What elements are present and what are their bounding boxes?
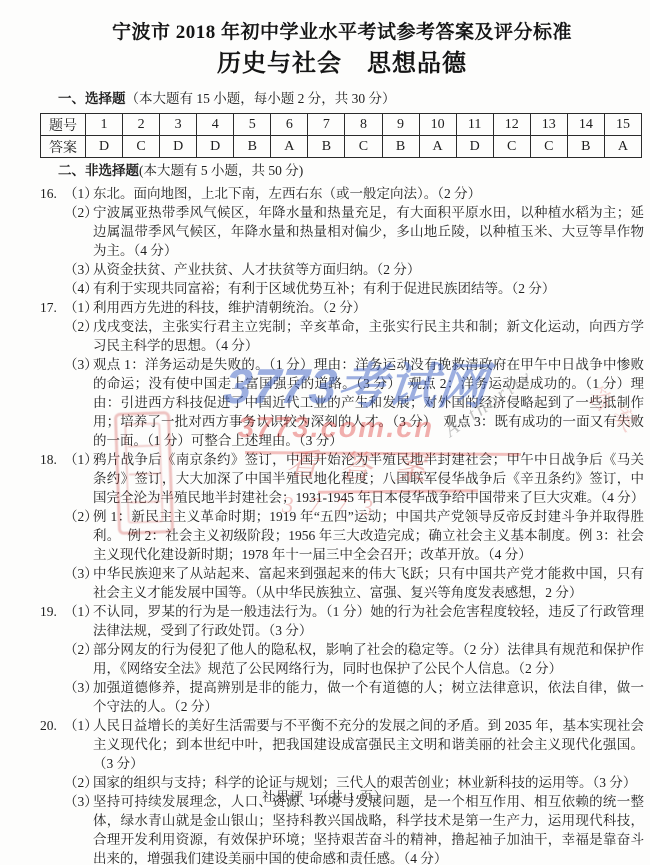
question-number-cell: 3 [160,114,197,136]
part-label: （1） [64,298,98,317]
page-title: 宁波市 2018 年初中学业水平考试参考答案及评分标准 [40,20,644,46]
part-text: 利用西方先进的科技，维护清朝统治。（2 分） [93,300,366,315]
part-text: 不认同，罗某的行为是一般违法行为。（1 分）她的行为社会危害程度较轻，违反了行政… [93,604,644,638]
section-choice-label: 一、选择题 [58,91,126,106]
part-label: （1） [64,716,98,735]
part-text: 从资金扶贫、产业扶贫、人才扶贫等方面归纳。（2 分） [93,262,420,277]
answer-cell: C [123,136,160,158]
question-number-cell: 7 [308,114,345,136]
row-header-answer: 答案 [41,136,86,158]
part-label: （1） [64,602,98,621]
table-row-question-numbers: 题号 1 2 3 4 5 6 7 8 9 10 11 12 13 14 15 [41,114,642,136]
section-nonchoice-note: (本大题有 5 小题，共 50 分) [139,163,303,178]
exam-answer-key-page: 宁波市 2018 年初中学业水平考试参考答案及评分标准 历史与社会 思想品德 一… [0,0,650,865]
answer-part: （1）东北。面向地图，上北下南，左西右东（或一般定向法）。（2 分） [64,184,644,203]
question-number-cell: 5 [234,114,271,136]
answer-cell: D [456,136,493,158]
answer-cell: A [271,136,308,158]
table-row-answers: 答案 D C D D B A B C B A D C C B A [41,136,642,158]
part-label: （2） [64,203,98,222]
section-heading-nonchoice: 二、非选择题(本大题有 5 小题，共 50 分) [58,161,644,180]
answer-cell: A [604,136,641,158]
question-number: 18. [40,450,57,469]
part-label: （3） [64,678,98,697]
question-number-cell: 12 [493,114,530,136]
answer-cell: B [382,136,419,158]
answer-part: （1）鸦片战争后《南京条约》签订，中国开始沦为半殖民地半封建社会；甲午中日战争后… [64,450,644,507]
answer-part: （3）观点 1：洋务运动是失败的。（1 分）理由：洋务运动没有挽救清政府在甲午中… [64,355,644,450]
answer-part: （2）宁波属亚热带季风气候区，年降水量和热量充足，有大面积平原水田，以种植水稻为… [64,203,644,260]
page-subtitle: 历史与社会 思想品德 [40,48,644,80]
question-number-cell: 6 [271,114,308,136]
answer-part: （3）中华民族迎来了从站起来、富起来到强起来的伟大飞跃；只有中国共产党才能救中国… [64,564,644,602]
question-number-cell: 9 [382,114,419,136]
row-header-question-number: 题号 [41,114,86,136]
answer-cell: C [345,136,382,158]
question-number-cell: 1 [86,114,123,136]
question-number: 16. [40,184,57,203]
question-17: 17. （1）利用西方先进的科技，维护清朝统治。（2 分） （2）戊戌变法，主张… [40,298,644,450]
part-text: 有利于实现共同富裕；有利于区域优势互补；有利于促进民族团结等。（2 分） [93,281,555,296]
question-18: 18. （1）鸦片战争后《南京条约》签订，中国开始沦为半殖民地半封建社会；甲午中… [40,450,644,602]
question-number-cell: 15 [604,114,641,136]
answer-part: （1）人民日益增长的美好生活需要与不平衡不充分的发展之间的矛盾。到 2035 年… [64,716,644,773]
answer-part: （4）有利于实现共同富裕；有利于区域优势互补；有利于促进民族团结等。（2 分） [64,279,644,298]
part-label: （2） [64,507,98,526]
part-label: （3） [64,564,98,583]
part-text: 例 1：新民主主义革命时期；1919 年“五四”运动；中国共产党领导反帝反封建斗… [93,509,644,562]
answer-cell: D [197,136,234,158]
part-text: 加强道德修养，提高辨别是非的能力，做一个有道德的人；树立法律意识，依法自律，做一… [93,680,644,714]
question-16: 16. （1）东北。面向地图，上北下南，左西右东（或一般定向法）。（2 分） （… [40,184,644,298]
question-number-cell: 8 [345,114,382,136]
part-label: （2） [64,640,98,659]
question-number-cell: 4 [197,114,234,136]
part-text: 观点 1：洋务运动是失败的。（1 分）理由：洋务运动没有挽救清政府在甲午中日战争… [93,357,644,448]
answer-cell: A [419,136,456,158]
part-label: （2） [64,317,98,336]
question-number-cell: 11 [456,114,493,136]
answer-part: （2）例 1：新民主主义革命时期；1919 年“五四”运动；中国共产党领导反帝反… [64,507,644,564]
page-footer: 社思评 1（共 1 页） [0,786,650,805]
answer-cell: B [234,136,271,158]
answer-cell: B [308,136,345,158]
question-list: 16. （1）东北。面向地图，上北下南，左西右东（或一般定向法）。（2 分） （… [40,184,644,865]
section-heading-choice: 一、选择题（本大题有 15 小题，每小题 2 分，共 30 分） [58,89,644,108]
page-content: 宁波市 2018 年初中学业水平考试参考答案及评分标准 历史与社会 思想品德 一… [0,0,650,865]
part-text: 戊戌变法，主张实行君主立宪制；辛亥革命，主张实行民主共和制；新文化运动，向西方学… [93,319,644,353]
part-text: 部分网友的行为侵犯了他人的隐私权，影响了社会的稳定等。（2 分）法律具有规范和保… [93,642,644,676]
part-text: 人民日益增长的美好生活需要与不平衡不充分的发展之间的矛盾。到 2035 年，基本… [93,718,644,771]
answer-part: （1）不认同，罗某的行为是一般违法行为。（1 分）她的行为社会危害程度较轻，违反… [64,602,644,640]
answer-part: （2）戊戌变法，主张实行君主立宪制；辛亥革命，主张实行民主共和制；新文化运动，向… [64,317,644,355]
question-number: 17. [40,298,57,317]
part-label: （1） [64,184,98,203]
answer-cell: D [160,136,197,158]
answer-part: （2）部分网友的行为侵犯了他人的隐私权，影响了社会的稳定等。（2 分）法律具有规… [64,640,644,678]
question-number: 19. [40,602,57,621]
answer-part: （3）加强道德修养，提高辨别是非的能力，做一个有道德的人；树立法律意识，依法自律… [64,678,644,716]
part-text: 东北。面向地图，上北下南，左西右东（或一般定向法）。（2 分） [93,186,481,201]
part-label: （3） [64,260,98,279]
question-number-cell: 13 [530,114,567,136]
answer-part: （3）从资金扶贫、产业扶贫、人才扶贫等方面归纳。（2 分） [64,260,644,279]
part-label: （3） [64,355,98,374]
answer-part: （1）利用西方先进的科技，维护清朝统治。（2 分） [64,298,644,317]
answer-cell: C [530,136,567,158]
answer-cell: C [493,136,530,158]
answer-table: 题号 1 2 3 4 5 6 7 8 9 10 11 12 13 14 15 答… [40,113,642,158]
question-number-cell: 10 [419,114,456,136]
question-number: 20. [40,716,57,735]
part-text: 鸦片战争后《南京条约》签订，中国开始沦为半殖民地半封建社会；甲午中日战争后《马关… [93,452,644,505]
part-text: 中华民族迎来了从站起来、富起来到强起来的伟大飞跃；只有中国共产党才能救中国，只有… [93,566,644,600]
section-nonchoice-label: 二、非选择题 [58,163,139,178]
part-label: （1） [64,450,98,469]
question-number-cell: 14 [567,114,604,136]
part-text: 宁波属亚热带季风气候区，年降水量和热量充足，有大面积平原水田，以种植水稻为主；延… [93,205,644,258]
question-number-cell: 2 [123,114,160,136]
part-label: （4） [64,279,98,298]
question-19: 19. （1）不认同，罗某的行为是一般违法行为。（1 分）她的行为社会危害程度较… [40,602,644,716]
section-choice-note: （本大题有 15 小题，每小题 2 分，共 30 分） [126,91,396,106]
answer-cell: D [86,136,123,158]
answer-cell: B [567,136,604,158]
